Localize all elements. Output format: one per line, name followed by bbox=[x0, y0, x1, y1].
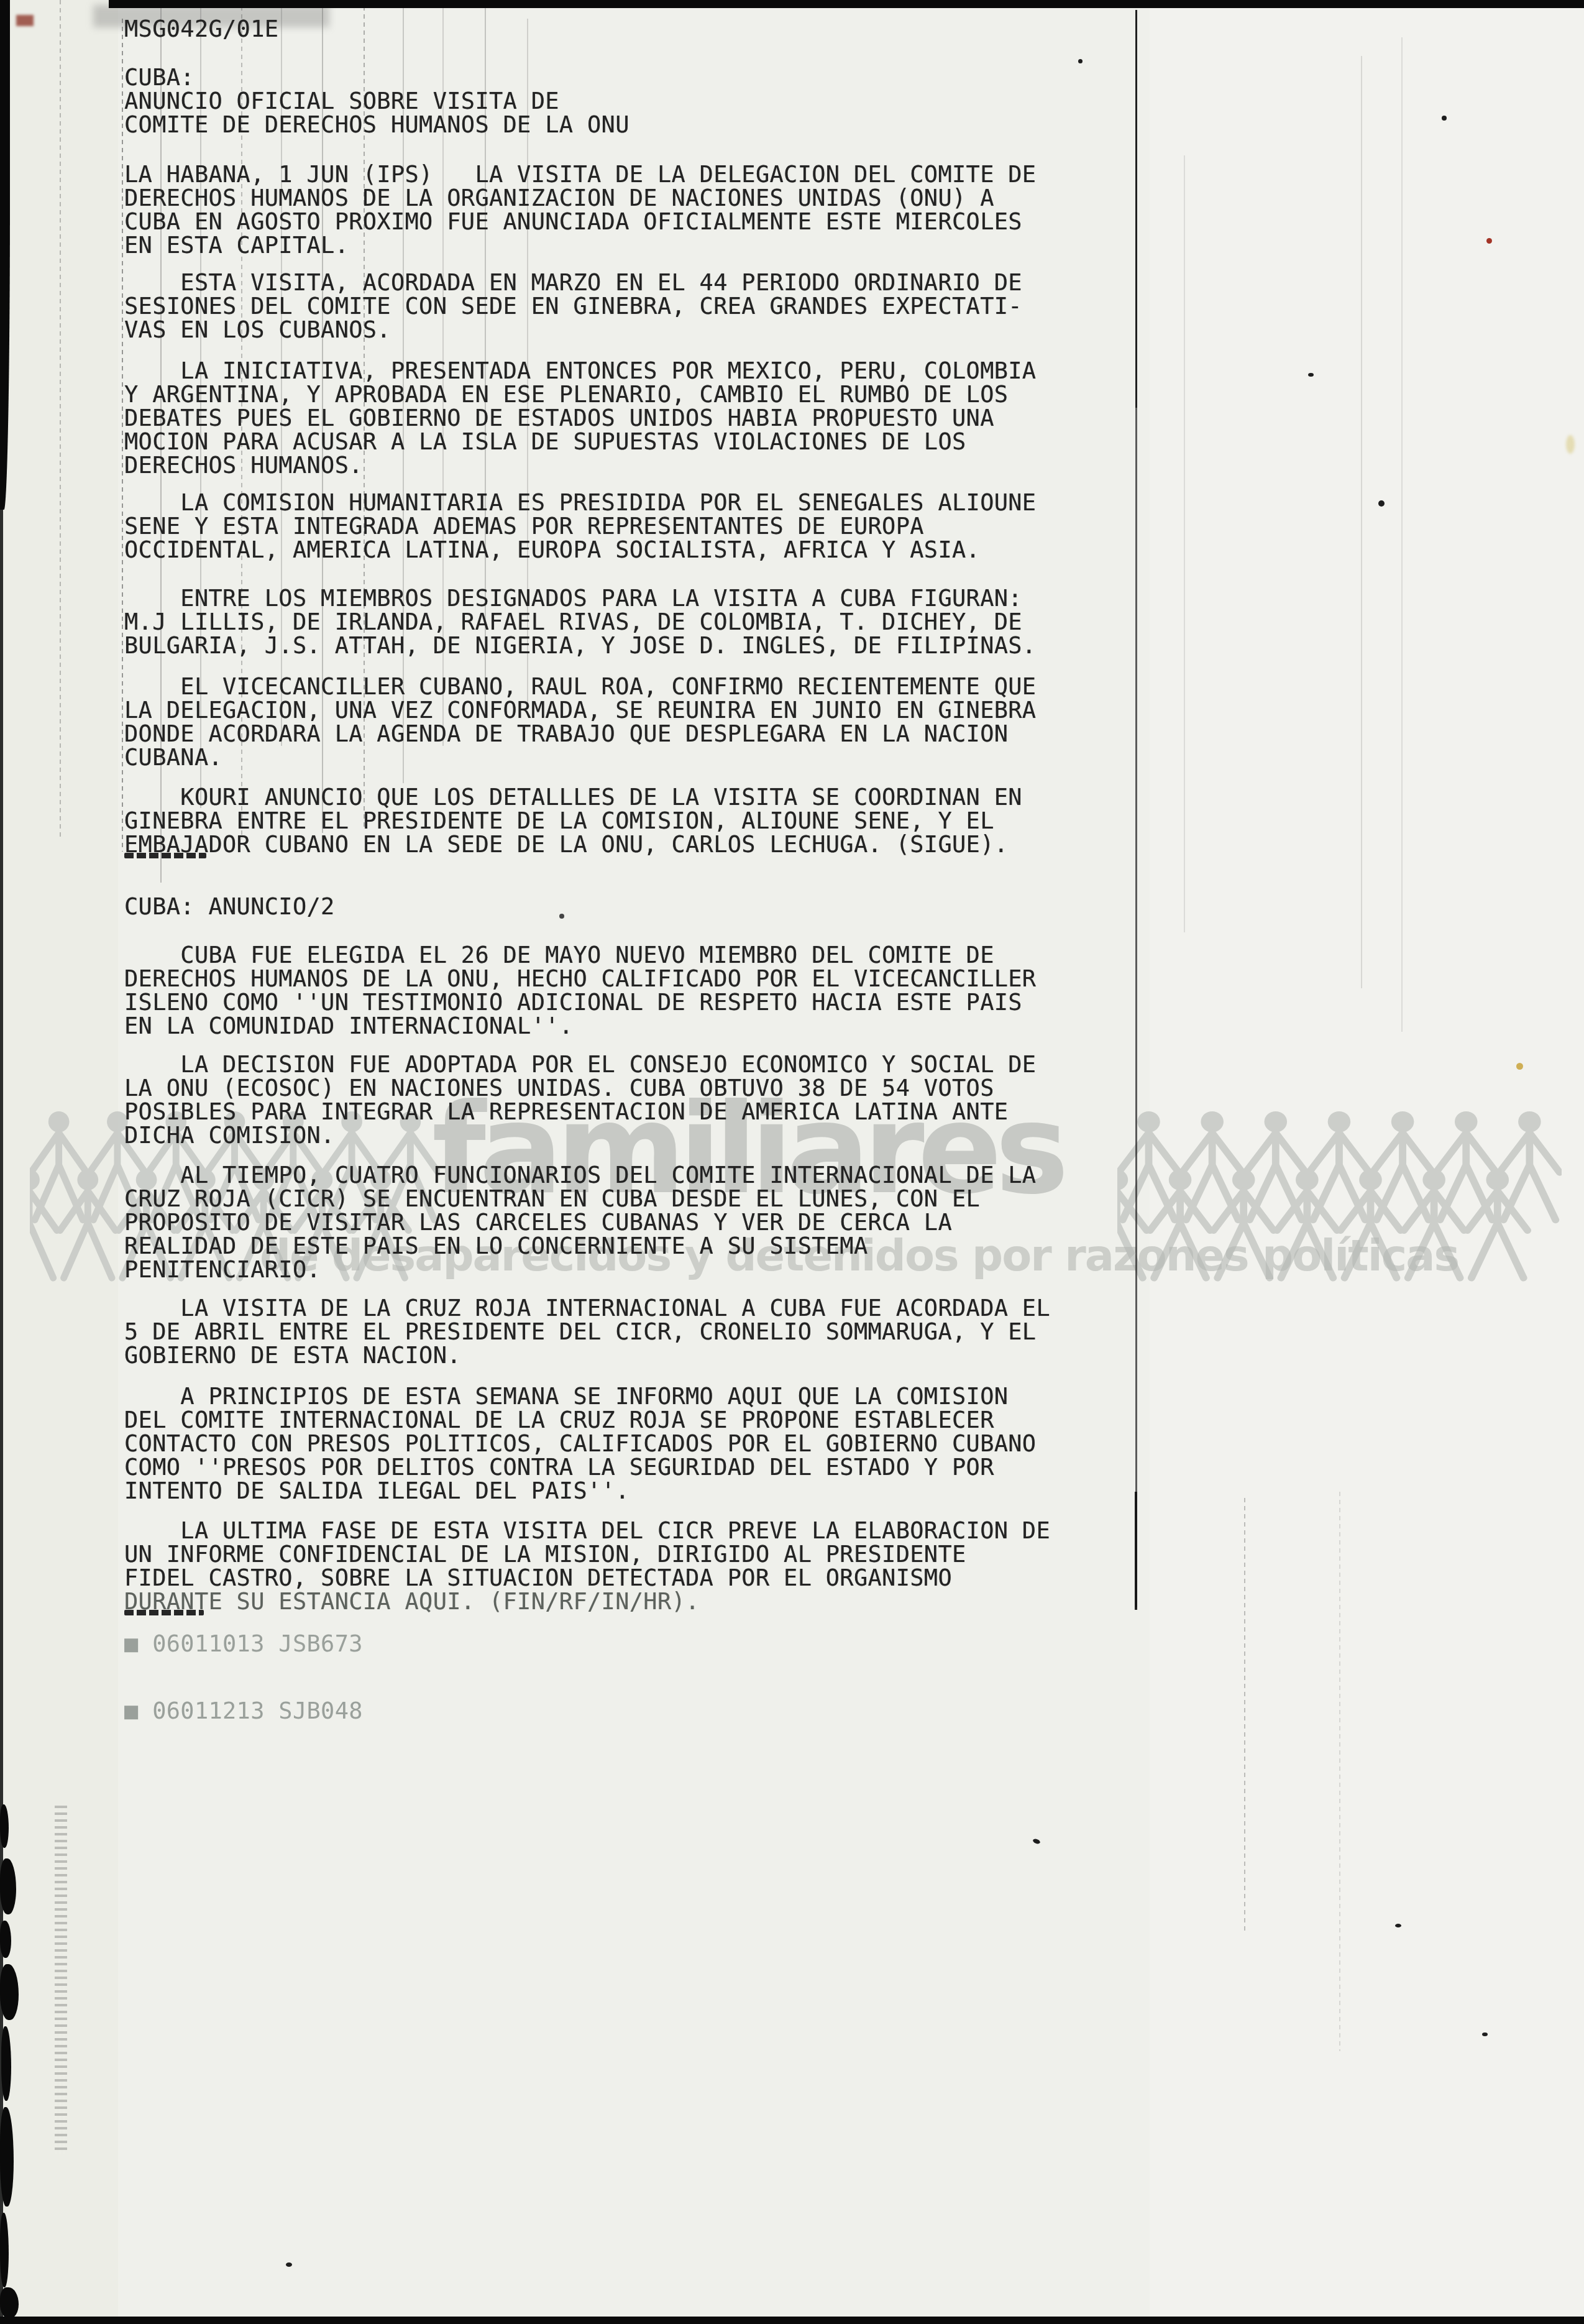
text-line: KOURI ANUNCIO QUE LOS DETALLLES DE LA VI… bbox=[124, 786, 1022, 809]
scan-streak bbox=[1339, 1492, 1340, 2051]
scan-edge-top bbox=[109, 0, 1584, 8]
text-line: CUBA FUE ELEGIDA EL 26 DE MAYO NUEVO MIE… bbox=[124, 944, 1036, 967]
text-line: A PRINCIPIOS DE ESTA SEMANA SE INFORMO A… bbox=[124, 1385, 1036, 1408]
red-ink-smudge bbox=[16, 15, 34, 26]
text-line: CUBA: ANUNCIO/2 bbox=[124, 895, 335, 919]
text-line: SENE Y ESTA INTEGRADA ADEMAS POR REPRESE… bbox=[124, 515, 1036, 538]
ink-speck bbox=[1308, 373, 1314, 377]
text-line: DERECHOS HUMANOS DE LA ORGANIZACION DE N… bbox=[124, 186, 1036, 210]
text-line: CUBANA. bbox=[124, 746, 1036, 769]
paragraph: LA HABANA, 1 JUN (IPS) LA VISITA DE LA D… bbox=[124, 163, 1036, 257]
text-line: LA DECISION FUE ADOPTADA POR EL CONSEJO … bbox=[124, 1053, 1036, 1077]
text-line: LA HABANA, 1 JUN (IPS) LA VISITA DE LA D… bbox=[124, 163, 1036, 186]
text-line: LA COMISION HUMANITARIA ES PRESIDIDA POR… bbox=[124, 491, 1036, 515]
paragraph: LA INICIATIVA, PRESENTADA ENTONCES POR M… bbox=[124, 359, 1036, 477]
text-line: EN LA COMUNIDAD INTERNACIONAL''. bbox=[124, 1014, 1036, 1038]
ink-speck bbox=[559, 914, 564, 919]
edge-blob bbox=[0, 2287, 19, 2318]
text-line: LA DELEGACION, UNA VEZ CONFORMADA, SE RE… bbox=[124, 699, 1036, 722]
scanned-telex-page: familiares de desaparecidos y detenidos … bbox=[0, 0, 1584, 2324]
ink-speck bbox=[1442, 116, 1447, 121]
text-line: DERECHOS HUMANOS. bbox=[124, 454, 1036, 477]
text-line: AL TIEMPO, CUATRO FUNCIONARIOS DEL COMIT… bbox=[124, 1164, 1036, 1187]
paragraph: EL VICECANCILLER CUBANO, RAUL ROA, CONFI… bbox=[124, 675, 1036, 769]
text-line: DERECHOS HUMANOS DE LA ONU, HECHO CALIFI… bbox=[124, 967, 1036, 991]
text-line: GINEBRA ENTRE EL PRESIDENTE DE LA COMISI… bbox=[124, 809, 1022, 833]
paragraph: LA COMISION HUMANITARIA ES PRESIDIDA POR… bbox=[124, 491, 1036, 562]
text-line: LA ULTIMA FASE DE ESTA VISITA DEL CICR P… bbox=[124, 1519, 1050, 1543]
ink-speck bbox=[1395, 1924, 1401, 1927]
paragraph: ■ 06011213 SJB048 bbox=[124, 1699, 363, 1723]
scan-fold-line-dark-top bbox=[1135, 10, 1137, 408]
paragraph: LA ULTIMA FASE DE ESTA VISITA DEL CICR P… bbox=[124, 1519, 1050, 1614]
text-line: VAS EN LOS CUBANOS. bbox=[124, 318, 1022, 342]
text-line: DEBATES PUES EL GOBIERNO DE ESTADOS UNID… bbox=[124, 406, 1036, 430]
text-line: MOCION PARA ACUSAR A LA ISLA DE SUPUESTA… bbox=[124, 430, 1036, 454]
text-line: BULGARIA, J.S. ATTAH, DE NIGERIA, Y JOSE… bbox=[124, 634, 1036, 658]
text-line: EMBAJADOR CUBANO EN LA SEDE DE LA ONU, C… bbox=[124, 833, 1022, 857]
text-line: ■ 06011213 SJB048 bbox=[124, 1699, 363, 1723]
text-line: COMITE DE DERECHOS HUMANOS DE LA ONU bbox=[124, 113, 629, 137]
text-line: M.J LILLIS, DE IRLANDA, RAFAEL RIVAS, DE… bbox=[124, 610, 1036, 634]
text-line: ENTRE LOS MIEMBROS DESIGNADOS PARA LA VI… bbox=[124, 587, 1036, 610]
separator-rule bbox=[124, 853, 206, 858]
ink-speck bbox=[1032, 1838, 1041, 1845]
yellow-speck bbox=[1516, 1063, 1523, 1070]
paragraph: LA VISITA DE LA CRUZ ROJA INTERNACIONAL … bbox=[124, 1297, 1050, 1367]
scan-streak bbox=[1361, 56, 1362, 988]
scan-speckle-band bbox=[55, 1806, 67, 2154]
paragraph: CUBA FUE ELEGIDA EL 26 DE MAYO NUEVO MIE… bbox=[124, 944, 1036, 1038]
text-line: COMO ''PRESOS POR DELITOS CONTRA LA SEGU… bbox=[124, 1456, 1036, 1479]
paragraph: ■ 06011013 JSB673 bbox=[124, 1632, 363, 1656]
text-line: ISLENO COMO ''UN TESTIMONIO ADICIONAL DE… bbox=[124, 991, 1036, 1014]
scan-streak bbox=[1184, 155, 1185, 932]
text-line: LA ONU (ECOSOC) EN NACIONES UNIDAS. CUBA… bbox=[124, 1077, 1036, 1100]
text-line: DEL COMITE INTERNACIONAL DE LA CRUZ ROJA… bbox=[124, 1408, 1036, 1432]
text-line: DURANTE SU ESTANCIA AQUI. (FIN/RF/IN/HR)… bbox=[124, 1590, 1050, 1614]
ink-speck bbox=[1378, 500, 1385, 507]
text-line: OCCIDENTAL, AMERICA LATINA, EUROPA SOCIA… bbox=[124, 538, 1036, 562]
text-line: MSG042G/01E bbox=[124, 17, 278, 41]
text-line: CONTACTO CON PRESOS POLITICOS, CALIFICAD… bbox=[124, 1432, 1036, 1456]
scan-streak bbox=[1244, 1498, 1245, 1933]
text-line: FIDEL CASTRO, SOBRE LA SITUACION DETECTA… bbox=[124, 1566, 1050, 1590]
yellow-edge-spot bbox=[1566, 435, 1575, 454]
red-speck bbox=[1486, 238, 1492, 244]
text-line: ■ 06011013 JSB673 bbox=[124, 1632, 363, 1656]
text-line: DICHA COMISION. bbox=[124, 1124, 1036, 1147]
ink-speck bbox=[1078, 59, 1083, 63]
paragraph: AL TIEMPO, CUATRO FUNCIONARIOS DEL COMIT… bbox=[124, 1164, 1036, 1282]
text-line: ANUNCIO OFICIAL SOBRE VISITA DE bbox=[124, 90, 629, 113]
paragraph: ESTA VISITA, ACORDADA EN MARZO EN EL 44 … bbox=[124, 271, 1022, 342]
scan-edge-bottom bbox=[0, 2317, 1584, 2324]
text-line: LA INICIATIVA, PRESENTADA ENTONCES POR M… bbox=[124, 359, 1036, 383]
scan-streak bbox=[60, 0, 61, 839]
scan-streak bbox=[1401, 37, 1403, 1032]
text-line: CUBA: bbox=[124, 66, 629, 90]
separator-rule bbox=[124, 1610, 204, 1615]
scan-streak bbox=[122, 19, 123, 852]
text-line: CRUZ ROJA (CICR) SE ENCUENTRAN EN CUBA D… bbox=[124, 1187, 1036, 1211]
paragraph: ENTRE LOS MIEMBROS DESIGNADOS PARA LA VI… bbox=[124, 587, 1036, 658]
text-line: Y ARGENTINA, Y APROBADA EN ESE PLENARIO,… bbox=[124, 383, 1036, 406]
text-line: ESTA VISITA, ACORDADA EN MARZO EN EL 44 … bbox=[124, 271, 1022, 295]
paragraph: CUBA: ANUNCIO/2 bbox=[124, 895, 335, 919]
text-line: POSIBLES PARA INTEGRAR LA REPRESENTACION… bbox=[124, 1100, 1036, 1124]
paragraph: KOURI ANUNCIO QUE LOS DETALLLES DE LA VI… bbox=[124, 786, 1022, 857]
paragraph: LA DECISION FUE ADOPTADA POR EL CONSEJO … bbox=[124, 1053, 1036, 1147]
text-line: LA VISITA DE LA CRUZ ROJA INTERNACIONAL … bbox=[124, 1297, 1050, 1320]
paragraph: MSG042G/01E bbox=[124, 17, 278, 41]
text-line: GOBIERNO DE ESTA NACION. bbox=[124, 1344, 1050, 1367]
text-line: EL VICECANCILLER CUBANO, RAUL ROA, CONFI… bbox=[124, 675, 1036, 699]
text-line: EN ESTA CAPITAL. bbox=[124, 234, 1036, 257]
paragraph: A PRINCIPIOS DE ESTA SEMANA SE INFORMO A… bbox=[124, 1385, 1036, 1503]
ink-speck bbox=[1482, 2032, 1488, 2036]
text-line: PROPOSITO DE VISITAR LAS CARCELES CUBANA… bbox=[124, 1211, 1036, 1234]
scan-fold-line-dark-bottom bbox=[1135, 1492, 1137, 1610]
text-line: 5 DE ABRIL ENTRE EL PRESIDENTE DEL CICR,… bbox=[124, 1320, 1050, 1344]
text-line: DONDE ACORDARA LA AGENDA DE TRABAJO QUE … bbox=[124, 722, 1036, 746]
text-line: INTENTO DE SALIDA ILEGAL DEL PAIS''. bbox=[124, 1479, 1036, 1503]
text-line: REALIDAD DE ESTE PAIS EN LO CONCERNIENTE… bbox=[124, 1234, 1036, 1258]
paragraph: CUBA:ANUNCIO OFICIAL SOBRE VISITA DECOMI… bbox=[124, 66, 629, 137]
text-line: PENITENCIARIO. bbox=[124, 1258, 1036, 1282]
text-line: CUBA EN AGOSTO PROXIMO FUE ANUNCIADA OFI… bbox=[124, 210, 1036, 234]
ink-speck bbox=[286, 2262, 292, 2267]
text-line: UN INFORME CONFIDENCIAL DE LA MISION, DI… bbox=[124, 1543, 1050, 1566]
text-line: SESIONES DEL COMITE CON SEDE EN GINEBRA,… bbox=[124, 295, 1022, 318]
